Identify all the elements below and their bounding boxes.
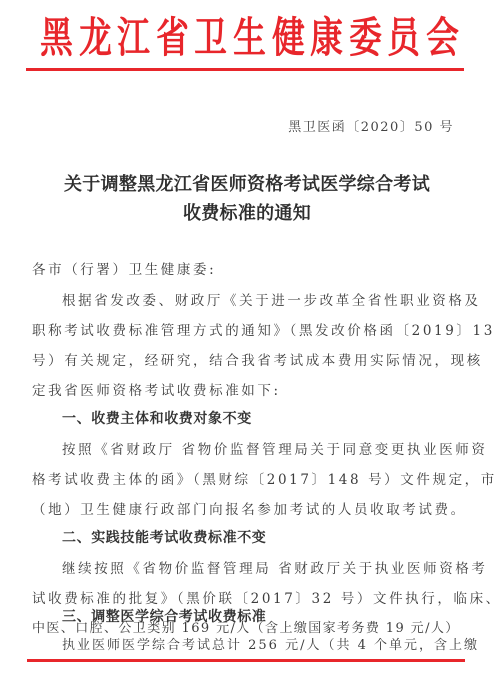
- doc-title-line-2: 收费标准的通知: [0, 199, 494, 225]
- section-1-line: （地）卫生健康行政部门向报名参加考试的人员收取考试费。: [32, 498, 462, 518]
- masthead-char: 江: [117, 10, 147, 66]
- masthead-char: 员: [388, 10, 418, 66]
- masthead-char: 康: [310, 10, 340, 66]
- masthead-char: 黑: [40, 10, 70, 66]
- salutation: 各市（行署）卫生健康委:: [32, 258, 462, 278]
- masthead-char: 生: [233, 10, 263, 66]
- section-2-line: 试收费标准的批复》（黑价联〔2017〕32 号）文件执行，临床、: [32, 587, 462, 607]
- masthead-org-name: 黑 龙 江 省 卫 生 健 康 委 员 会: [36, 10, 460, 66]
- body-line: 根据省发改委、财政厅《关于进一步改革全省性职业资格及: [62, 289, 492, 309]
- section-2-heading: 二、实践技能考试收费标准不变: [62, 527, 492, 547]
- masthead-char: 委: [349, 10, 379, 66]
- masthead-char: 龙: [79, 10, 109, 66]
- body-line: 定我省医师资格考试收费标准如下:: [32, 379, 462, 399]
- doc-title-line-1: 关于调整黑龙江省医师资格考试医学综合考试: [0, 170, 494, 196]
- masthead-char: 卫: [195, 10, 225, 66]
- section-3-line: 执业医师医学综合考试总计 256 元/人（共 4 个单元，含上缴: [62, 634, 492, 653]
- section-1-line: 按照《省财政厅 省物价监督管理局关于同意变更执业医师资: [62, 438, 492, 458]
- masthead-char: 健: [272, 10, 302, 66]
- footer-red-rule: [27, 659, 465, 662]
- section-2-line: 继续按照《省物价监督管理局 省财政厅关于执业医师资格考: [62, 557, 492, 577]
- masthead-red-rule: [26, 68, 464, 71]
- masthead-char: 省: [156, 10, 186, 66]
- section-1-heading: 一、收费主体和收费对象不变: [62, 408, 492, 428]
- section-1-line: 格考试收费主体的函》（黑财综〔2017〕148 号）文件规定，市: [32, 468, 462, 488]
- section-3-heading: 三、调整医学综合考试收费标准: [62, 606, 492, 626]
- body-line: 号）有关规定，经研究，结合我省考试成本费用实际情况，现核: [32, 349, 462, 369]
- doc-number: 黑卫医函〔2020〕50 号: [288, 116, 454, 135]
- masthead-char: 会: [426, 10, 456, 66]
- body-line: 职称考试收费标准管理方式的通知》（黑发改价格函〔2019〕138: [32, 319, 462, 339]
